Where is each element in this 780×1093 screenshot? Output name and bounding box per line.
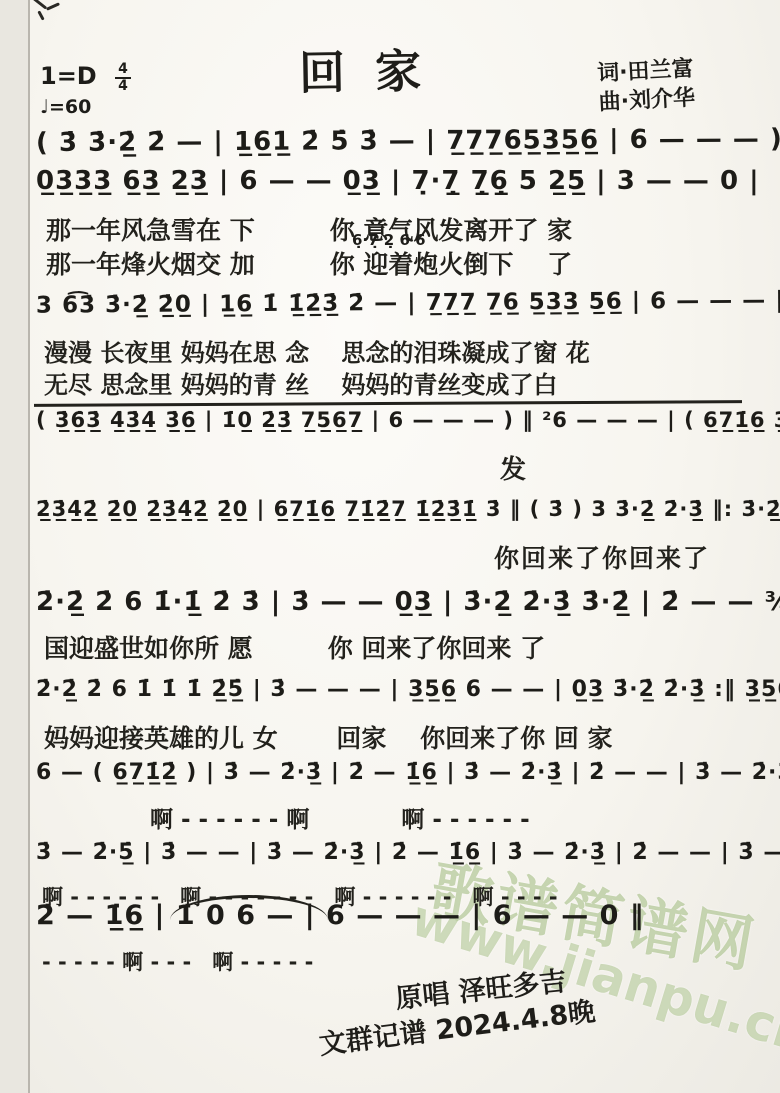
notation-line-10: 2̇ — 1̲̇6̲ | 1̇ 0 6 — | 6 — — — | 6 — — …	[36, 900, 644, 931]
time-signature-numerator: 4	[115, 62, 131, 79]
notation-line-9: 3̇ — 2̇·5̲̇ | 3̇ — — | 3̇ — 2̇·3̲̇ | 2̇ …	[36, 840, 780, 865]
lyric-syllable-fa: 发	[500, 449, 526, 486]
sheet-music-page: 歌谱简谱网 www.jianpu.cn 回家 1=D 4 4 ♩=60 词·田兰…	[0, 0, 780, 1093]
stray-pen-marks	[46, 2, 60, 10]
page-edge-shade	[0, 0, 28, 1093]
lyric-line-verse2: 那一年烽火烟交 加 你 迎着炮火倒下 了	[46, 245, 572, 281]
notation-line-8: 6 — ( 6̲7̲1̲̇2̲̇ ) | 3̇ — 2̇·3̲̇ | 2̇ — …	[36, 760, 780, 785]
notation-line-3: 3 6͡3̇ 3̇·2̲̇ 2̲̇0̲ | 1̲6̲ 1̇ 1̲̇2̲̇3̲̇ …	[36, 287, 780, 318]
credits: 词·田兰富 曲·刘介华	[597, 56, 696, 118]
lyric-line-verse1: 那一年风急雪在 下 你 意气风发离开了 家	[46, 211, 572, 247]
key-signature: 1=D	[40, 62, 97, 90]
stray-pen-marks	[37, 10, 44, 20]
page-edge-line	[28, 0, 30, 1093]
stray-pen-marks	[33, 0, 47, 10]
lyric-line: 国迎盛世如你所 愿 你 回来了你回来 了	[44, 629, 545, 665]
lyric-line-ah: 啊 - - - - - - 啊 啊 - - - - - -	[150, 801, 530, 834]
notation-line-7: 2̇·2̲̇ 2̇ 6 1̇ 1̇ 1̇ 2̲̇5̲̇ | 3̇ — — — |…	[36, 677, 780, 702]
notation-line-6: 2̇·2̲̇ 2̇ 6 1̇·1̲̇ 2̇ 3̇ | 3̇ — — 0̲3̲ |…	[36, 587, 780, 617]
time-signature-denominator: 4	[118, 79, 128, 94]
notation-line-4: ( 3̲̇6̲̇3̲̇ 4̲̇3̲̇4̲̇ 3̲̇6̲̇ | 1̇0̲ 2̲̇3…	[36, 408, 780, 432]
tempo-marking: ♩=60	[40, 96, 91, 118]
notation-line-5: 2̲̇3̲̇4̲̇2̲̇ 2̲̇0̲ 2̲̇3̲̇4̲̇2̲̇ 2̲̇0̲ | …	[36, 497, 780, 521]
lyric-line-verse1: 漫漫 长夜里 妈妈在思 念 思念的泪珠凝成了窗 花	[44, 333, 590, 368]
key-and-time-signature: 1=D 4 4	[40, 62, 131, 93]
lyric-line: 你回来了你回来了	[494, 539, 710, 575]
lyricist-credit: 词·田兰富	[597, 56, 695, 90]
time-signature: 4 4	[115, 62, 131, 93]
notation-line-1: ( 3̇ 3̇·2̲̇ 2̇ — | 1̲6̲1̲ 2̇ 5̇ 3̇ — | 7…	[36, 124, 780, 158]
lyric-line-verse2: 无尽 思念里 妈妈的青 丝 妈妈的青丝变成了白	[44, 365, 557, 400]
lyric-line-ah: - - - - - 啊 - - - 啊 - - - - -	[42, 946, 313, 976]
phrase-overline	[34, 400, 742, 406]
lyric-line: 妈妈迎接英雄的儿 女 回家 你回来了你 回 家	[44, 719, 613, 755]
composer-credit: 曲·刘介华	[598, 84, 696, 118]
notation-line-2: 0̲3̲3̲3̲ 6̲3̲ 2̲3̲ | 6 — — 0̲3̲ | 7̣·7̣̲…	[36, 166, 760, 196]
